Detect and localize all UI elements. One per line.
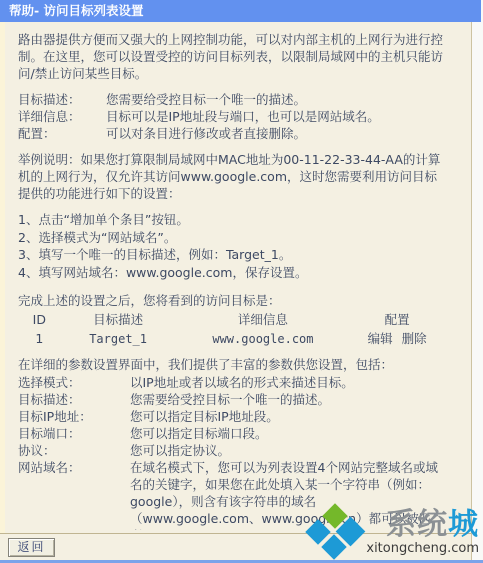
definition-row: 配置： 可以对条目进行修改或者直接删除。 [18, 125, 444, 142]
example-paragraph: 举例说明：如果您打算限制局域网中MAC地址为00-11-22-33-44-AA的… [18, 151, 444, 202]
page-title: 帮助- 访问目标列表设置 [9, 3, 144, 18]
back-button[interactable]: 返回 [8, 538, 55, 557]
definition-row: 目标IP地址： 您可以指定目标IP地址段。 [18, 408, 444, 425]
help-body: 路由器提供方便而又强大的上网控制功能，可以对内部主机的上网行为进行控制。在这里，… [5, 22, 460, 530]
intro-paragraph: 路由器提供方便而又强大的上网控制功能，可以对内部主机的上网行为进行控制。在这里，… [18, 31, 444, 82]
definition-row: 选择模式： 以IP地址或者以域名的形式来描述目标。 [18, 374, 444, 391]
help-titlebar: 帮助- 访问目标列表设置 [0, 0, 481, 22]
brand-block: 系统城 xitongcheng.com [366, 509, 479, 556]
step-item: 4、填写网站域名：www.google.com，保存设置。 [18, 264, 444, 282]
result-intro-paragraph: 完成上述的设置之后，您将看到的访问目标是： [18, 292, 444, 309]
definition-label: 目标端口： [18, 425, 130, 442]
column-header-desc: 目标描述 [61, 311, 176, 330]
definition-label: 协议： [18, 442, 130, 459]
column-header-config: 配置 [350, 311, 444, 330]
definition-desc: 您可以指定协议。 [130, 442, 444, 459]
definition-label: 选择模式： [18, 374, 130, 391]
brand-domain: xitongcheng.com [366, 542, 479, 556]
definition-label: 目标描述： [18, 391, 130, 408]
definition-desc: 您可以指定目标IP地址段。 [130, 408, 444, 425]
delete-label: 删除 [402, 331, 427, 346]
definition-label: 网站域名： [18, 459, 130, 530]
definition-row: 目标描述： 您需要给受控目标一个唯一的描述。 [18, 91, 444, 108]
cell-id: 1 [18, 330, 61, 349]
table-row: 1 Target_1 www.google.com 编辑删除 [18, 330, 444, 349]
definition-row: 详细信息： 目标可以是IP地址段与端口，也可以是网站域名。 [18, 108, 444, 125]
params-intro-paragraph: 在详细的参数设置界面中，我们提供了丰富的参数供您设置，包括： [18, 356, 444, 373]
table-header-row: ID 目标描述 详细信息 配置 [18, 311, 444, 330]
cell-target-desc: Target_1 [61, 330, 176, 349]
cell-detail: www.google.com [176, 330, 351, 349]
setup-steps-list: 1、点击“增加单个条目”按钮。 2、选择模式为“网站域名”。 3、填写一个唯一的… [18, 211, 444, 281]
help-window: 帮助- 访问目标列表设置 路由器提供方便而又强大的上网控制功能，可以对内部主机的… [0, 0, 483, 563]
step-item: 2、选择模式为“网站域名”。 [18, 229, 444, 247]
right-gutter [473, 22, 483, 560]
xitongcheng-logo-icon [307, 505, 363, 559]
definition-label: 配置： [18, 125, 106, 142]
definition-desc: 您需要给受控目标一个唯一的描述。 [130, 391, 444, 408]
definition-label: 目标IP地址： [18, 408, 130, 425]
definition-row: 目标端口： 您可以指定目标端口段。 [18, 425, 444, 442]
definition-desc: 您可以指定目标端口段。 [130, 425, 444, 442]
example-target-table: ID 目标描述 详细信息 配置 1 Target_1 www.google.co… [18, 311, 444, 349]
definition-row: 目标描述： 您需要给受控目标一个唯一的描述。 [18, 391, 444, 408]
help-content-panel: 路由器提供方便而又强大的上网控制功能，可以对内部主机的上网行为进行控制。在这里，… [0, 22, 472, 560]
cell-config: 编辑删除 [350, 330, 444, 349]
edit-label: 编辑 [368, 331, 393, 346]
brand-name-blue: 城 [448, 507, 479, 542]
step-item: 1、点击“增加单个条目”按钮。 [18, 211, 444, 229]
brand-name: 系统城 [366, 509, 479, 541]
definition-desc: 您需要给受控目标一个唯一的描述。 [106, 91, 444, 108]
definition-label: 详细信息： [18, 108, 106, 125]
definition-desc: 目标可以是IP地址段与端口，也可以是网站域名。 [106, 108, 444, 125]
field-definition-list: 目标描述： 您需要给受控目标一个唯一的描述。 详细信息： 目标可以是IP地址段与… [18, 91, 444, 142]
definition-desc: 以IP地址或者以域名的形式来描述目标。 [130, 374, 444, 391]
column-header-id: ID [18, 311, 61, 330]
definition-row: 协议： 您可以指定协议。 [18, 442, 444, 459]
brand-name-gray: 系统 [386, 507, 448, 542]
step-item: 3、填写一个唯一的目标描述，例如：Target_1。 [18, 246, 444, 264]
xitongcheng-watermark: 系统城 xitongcheng.com [307, 505, 479, 559]
column-header-detail: 详细信息 [176, 311, 351, 330]
definition-desc: 可以对条目进行修改或者直接删除。 [106, 125, 444, 142]
definition-label: 目标描述： [18, 91, 106, 108]
